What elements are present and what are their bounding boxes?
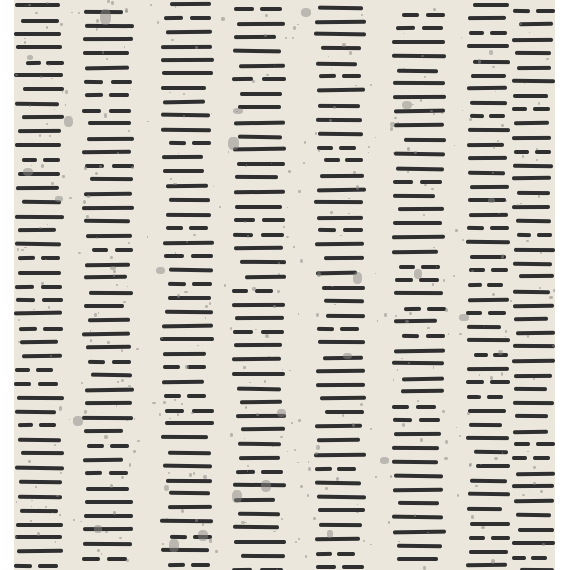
brush-stroke [316,270,357,275]
brush-stroke [163,100,205,105]
plaster-speck [247,235,249,237]
brush-stroke [320,174,364,178]
brush-stroke [531,556,546,560]
plaster-speck [33,309,34,310]
plaster-speck [177,294,180,298]
brush-stroke [168,281,186,285]
brush-stroke [166,213,211,217]
brush-stroke [85,24,134,28]
plaster-speck [113,270,115,272]
brush-stroke [21,19,59,23]
brush-stroke [83,37,133,41]
plaster-blot [327,530,332,538]
plaster-speck [417,400,419,402]
plaster-speck [454,145,456,146]
plaster-speck [110,484,113,488]
brush-stroke [339,146,357,150]
plaster-speck [291,422,292,424]
brush-stroke [426,334,445,338]
plaster-speck [375,476,377,477]
plaster-speck [106,58,109,60]
plaster-speck [121,379,124,382]
brush-stroke [163,241,214,245]
brush-stroke [392,361,444,365]
plaster-speck [31,506,32,507]
brush-stroke [20,451,63,455]
plaster-speck [117,152,119,153]
brush-stroke [16,45,62,49]
brush-stroke [419,278,439,282]
brush-stroke [490,31,507,35]
brush-stroke [233,330,253,334]
brush-stroke [394,474,443,479]
plaster-speck [171,39,174,42]
plaster-speck [368,152,370,153]
brush-stroke [517,233,531,237]
plaster-speck [494,457,497,460]
brush-stroke [234,343,282,347]
plaster-speck [336,477,339,481]
brush-stroke [474,353,488,357]
plaster-speck [298,313,299,315]
brush-stroke [512,176,551,181]
brush-stroke [83,542,132,546]
plaster-speck [189,473,192,477]
brush-stroke [235,205,282,209]
plaster-speck [459,333,462,336]
plaster-speck [455,229,458,232]
brush-stroke [170,2,211,6]
brush-stroke [318,132,363,137]
plaster-blot [100,9,111,25]
brush-stroke [15,143,61,147]
plaster-speck [252,287,255,290]
brush-stroke [191,254,213,258]
brush-stroke [337,467,356,471]
brush-stroke [416,405,436,409]
brush-stroke [38,564,58,568]
plaster-blot [459,314,468,321]
brush-stroke [19,327,37,331]
brush-stroke [15,242,61,247]
plaster-speck [331,68,332,69]
plaster-speck [505,330,507,332]
brush-stroke [14,73,63,77]
plaster-speck [497,140,499,142]
brush-stroke [16,186,59,190]
brush-stroke [261,470,282,474]
plaster-speck [552,345,555,347]
plaster-speck [423,566,426,570]
plaster-speck [104,113,107,118]
brush-stroke [536,9,555,13]
brush-stroke [86,487,129,491]
plaster-speck [492,172,493,174]
brush-stroke [466,240,510,244]
plaster-speck [501,124,504,127]
stroke-column [14,0,64,570]
brush-stroke [515,330,554,335]
plaster-speck [209,302,211,305]
plaster-speck [278,262,279,264]
plaster-speck [431,188,434,190]
plaster-speck [433,368,434,369]
brush-stroke [396,166,444,171]
plaster-speck [51,78,52,79]
brush-stroke [518,528,554,532]
brush-stroke [314,452,366,457]
brush-stroke [487,283,503,287]
plaster-speck [191,412,194,414]
brush-stroke [164,16,183,20]
brush-stroke [470,479,507,484]
brush-stroke [398,501,439,505]
brush-stroke [161,86,206,90]
brush-stroke [82,206,134,210]
plaster-speck [174,399,176,401]
plaster-speck [292,37,294,38]
brush-stroke [163,464,212,469]
brush-stroke [324,256,364,260]
brush-stroke [85,93,103,97]
brush-stroke [14,563,32,567]
plaster-speck [128,130,129,132]
plaster-speck [163,401,166,404]
brush-stroke [82,556,100,560]
brush-stroke [533,107,550,111]
brush-stroke [164,394,181,398]
brush-stroke [168,562,185,566]
brush-stroke [85,401,132,405]
brush-stroke [238,441,281,446]
plaster-speck [288,170,291,173]
brush-stroke [512,107,527,111]
brush-stroke [393,417,412,421]
brush-stroke [189,226,208,230]
plaster-speck [501,372,504,376]
brush-stroke [316,368,365,373]
plaster-blot [414,269,422,279]
plaster-speck [294,449,296,451]
plaster-speck [293,26,296,30]
plaster-speck [205,317,206,318]
brush-stroke [85,262,130,267]
brush-stroke [517,65,551,69]
plaster-speck [86,215,89,217]
brush-stroke [325,410,364,414]
brush-stroke [14,32,61,36]
brush-stroke [469,31,484,35]
brush-stroke [85,500,133,504]
plaster-speck [445,308,448,312]
brush-stroke [516,471,555,475]
stroke-column [232,0,286,570]
brush-stroke [536,442,554,446]
plaster-speck [84,166,86,169]
brush-stroke [17,395,64,399]
plaster-blot [343,353,351,359]
plaster-speck [273,305,275,307]
brush-stroke [468,171,505,176]
plaster-speck [51,182,54,184]
brush-stroke [84,80,104,84]
brush-stroke [236,470,255,474]
brush-stroke [112,360,131,364]
plaster-speck [121,476,124,479]
brush-stroke [404,137,446,141]
plaster-speck [265,14,268,17]
brush-stroke [18,271,61,275]
plaster-speck [168,472,170,474]
brush-stroke [237,387,281,392]
plaster-blot [277,409,286,418]
brush-stroke [234,540,286,544]
brush-stroke [517,191,550,195]
brush-stroke [169,491,210,496]
plaster-speck [370,544,372,546]
plaster-speck [289,370,290,372]
plaster-speck [113,511,116,515]
brush-stroke [110,444,129,448]
brush-stroke [87,444,104,448]
brush-stroke [467,226,484,230]
brush-stroke [535,150,552,154]
plaster-speck [69,419,70,420]
plaster-speck [247,470,248,471]
plaster-speck [280,436,283,438]
brush-stroke [238,105,281,109]
plaster-speck [78,12,80,14]
plaster-speck [349,51,352,55]
brush-stroke [17,549,63,554]
plaster-speck [300,259,303,263]
brush-stroke [345,158,363,162]
brush-stroke [88,360,105,364]
plaster-speck [330,211,333,214]
brush-stroke [170,535,187,539]
plaster-speck [298,538,300,540]
plaster-speck [136,348,139,350]
plaster-speck [432,283,435,286]
plaster-speck [47,224,48,225]
plaster-speck [150,4,151,6]
brush-stroke [15,3,60,7]
stroke-column [466,0,510,570]
brush-stroke [490,380,510,384]
brush-stroke [161,548,209,552]
plaster-speck [317,272,320,277]
plaster-speck [228,151,229,152]
brush-stroke [169,267,213,272]
brush-stroke [163,254,183,258]
plaster-speck [325,487,328,490]
brush-stroke [343,228,363,232]
plaster-speck [328,56,329,57]
brush-stroke [85,471,102,475]
brush-stroke [468,409,506,413]
brush-stroke [427,307,446,311]
brush-stroke [514,317,548,322]
brush-stroke [469,423,502,427]
brush-stroke [169,141,186,145]
brush-stroke [234,245,283,250]
stroke-column [314,0,366,570]
brush-stroke [318,5,363,10]
brush-stroke [17,423,32,427]
plaster-speck [303,162,305,165]
brush-stroke [15,215,64,219]
plaster-speck [287,207,288,208]
plaster-speck [384,313,387,316]
brush-stroke [340,327,359,331]
plaster-speck [65,104,66,105]
brush-stroke [262,218,285,222]
brush-stroke [86,345,131,350]
plaster-speck [453,275,455,277]
plaster-speck [388,521,390,523]
brush-stroke [261,233,284,237]
plaster-speck [522,494,525,496]
plaster-speck [356,185,359,189]
brush-stroke [36,368,53,372]
brush-stroke [469,536,485,540]
plaster-speck [241,521,244,525]
plaster-speck [461,37,462,38]
brush-stroke [109,109,131,113]
plaster-speck [522,155,524,158]
plaster-speck [363,540,365,542]
brush-stroke [422,26,443,30]
brush-stroke [14,311,62,316]
brush-stroke [232,289,248,293]
brush-stroke [399,265,415,269]
brush-stroke [342,565,364,569]
plaster-speck [128,385,131,387]
brush-stroke [393,529,446,534]
plaster-speck [69,197,72,199]
brush-stroke [109,471,128,475]
brush-stroke [89,291,133,295]
brush-stroke [21,115,63,119]
brush-stroke [514,387,547,391]
brush-stroke [318,340,365,344]
brush-stroke [85,388,134,393]
brush-stroke [394,123,444,128]
brush-stroke [467,86,507,90]
plaster-speck [405,320,408,323]
plaster-speck [221,17,224,20]
brush-stroke [467,44,509,48]
brush-stroke [513,262,552,266]
brush-stroke [15,368,30,372]
brush-stroke [426,13,445,17]
brush-stroke [402,13,419,17]
brush-stroke [163,169,204,173]
brush-stroke [317,216,363,220]
plaster-speck [445,440,448,444]
plaster-speck [30,520,32,521]
brush-stroke [320,396,366,400]
brush-stroke [84,191,132,196]
plaster-blot [402,101,413,109]
brush-stroke [470,101,507,105]
brush-stroke [165,309,213,313]
brush-stroke [241,427,285,431]
brush-stroke [166,479,212,483]
plaster-speck [113,274,115,276]
plaster-speck [293,246,295,247]
plaster-speck [59,514,61,515]
brush-stroke [512,456,527,460]
brush-stroke [86,234,132,238]
plaster-speck [130,89,131,90]
brush-stroke [316,495,365,500]
plaster-speck [215,550,217,553]
brush-stroke [512,541,555,545]
plaster-speck [129,463,131,466]
brush-stroke [513,303,554,308]
plaster-speck [175,252,176,253]
plaster-speck [459,435,461,437]
plaster-speck [420,438,423,442]
brush-stroke [85,66,129,71]
plaster-speck [287,451,289,453]
brush-stroke [163,365,180,369]
plaster-speck [266,74,268,76]
plaster-speck [462,110,463,111]
brush-stroke [468,492,510,497]
brush-stroke [18,227,56,231]
brush-stroke [232,483,285,488]
plaster-speck [542,543,545,546]
brush-stroke [319,523,362,527]
brush-stroke [168,505,212,509]
plaster-speck [433,247,435,248]
brush-stroke [187,365,206,369]
brush-stroke [393,81,445,85]
brush-stroke [467,143,504,147]
plaster-speck [157,21,159,24]
plaster-speck [398,541,399,542]
plaster-blot [498,350,503,355]
plaster-speck [96,19,99,23]
plaster-speck [224,284,226,287]
brush-stroke [169,198,210,202]
brush-stroke [233,49,282,54]
plaster-speck [403,68,405,70]
brush-stroke [466,562,507,566]
plaster-speck [117,381,119,382]
brush-stroke [85,164,104,168]
plaster-speck [209,538,212,542]
brush-stroke [318,228,336,232]
plaster-speck [87,195,90,197]
brush-stroke [163,352,206,356]
plaster-speck [457,494,459,497]
brush-stroke [234,190,285,195]
brush-stroke [192,141,211,145]
brush-stroke [82,150,131,154]
brush-stroke [162,71,213,75]
wallpaper-texture: Distressed plaster wallpaper texture wit… [14,0,555,570]
plaster-speck [17,250,18,251]
brush-stroke [187,394,206,398]
brush-stroke [233,233,253,237]
brush-stroke [190,16,211,20]
plaster-speck [297,462,299,464]
plaster-speck [184,291,187,293]
brush-stroke [466,436,509,440]
